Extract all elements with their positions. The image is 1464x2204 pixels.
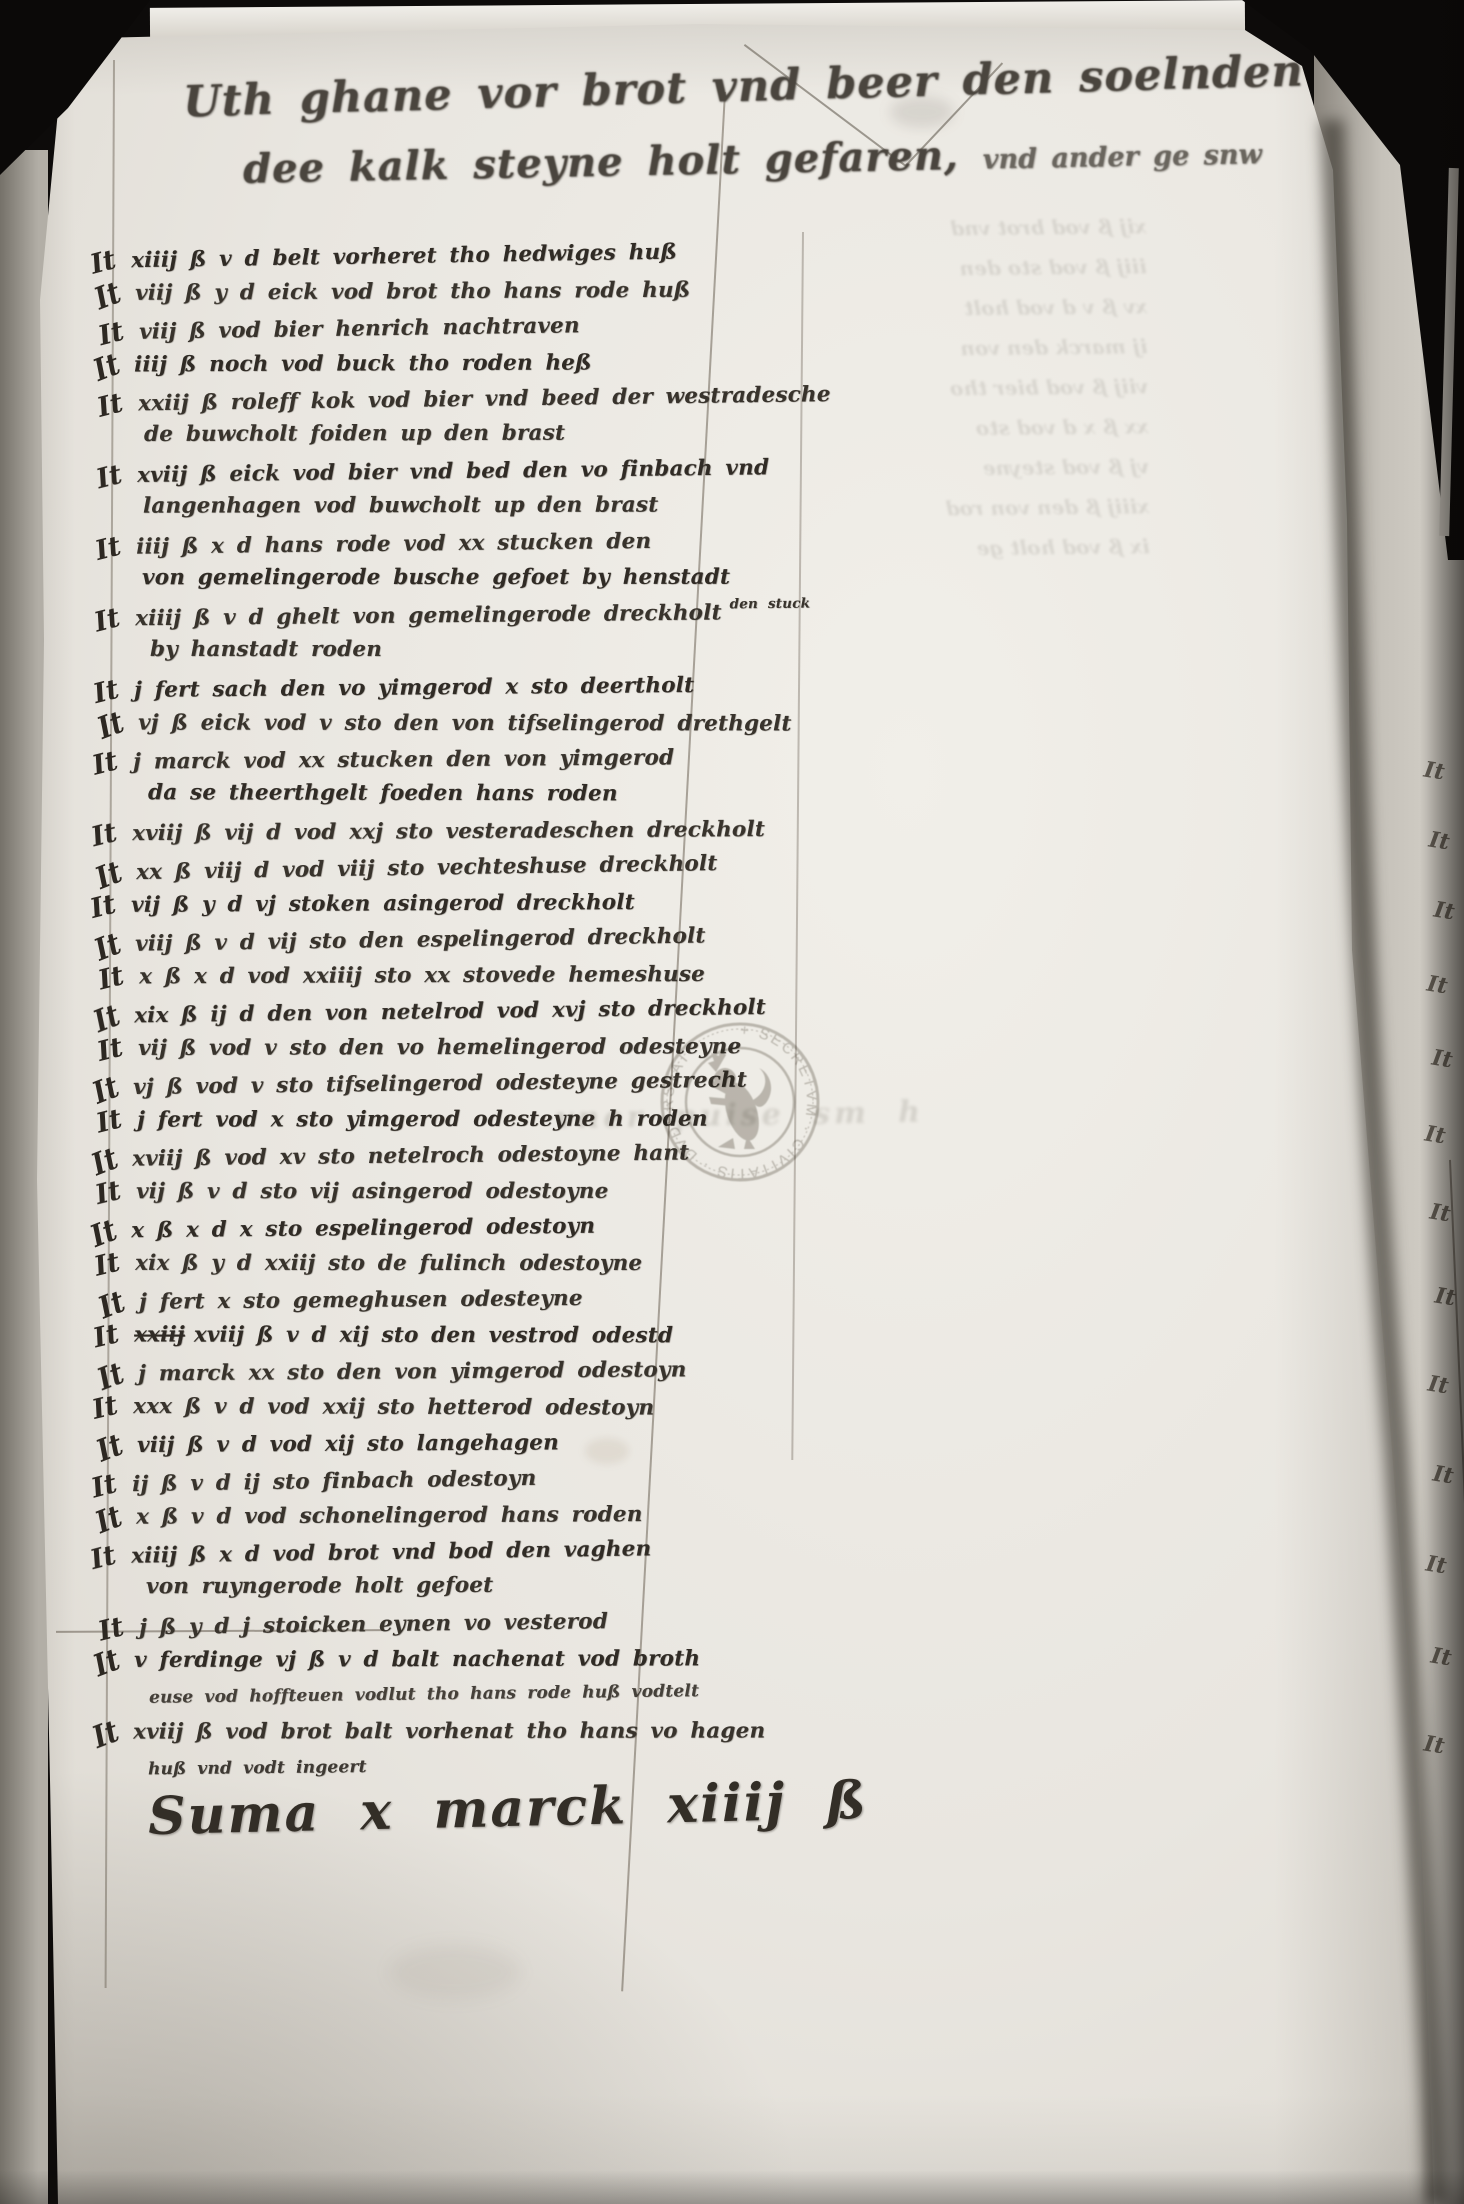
gutter-shadow xyxy=(0,0,1464,2204)
right-edge-shadow xyxy=(1420,0,1464,2204)
bottom-edge-shadow xyxy=(0,2170,1464,2204)
manuscript-scan: ItItItItItItItItItItItItIt Uth ghane vor… xyxy=(0,0,1464,2204)
